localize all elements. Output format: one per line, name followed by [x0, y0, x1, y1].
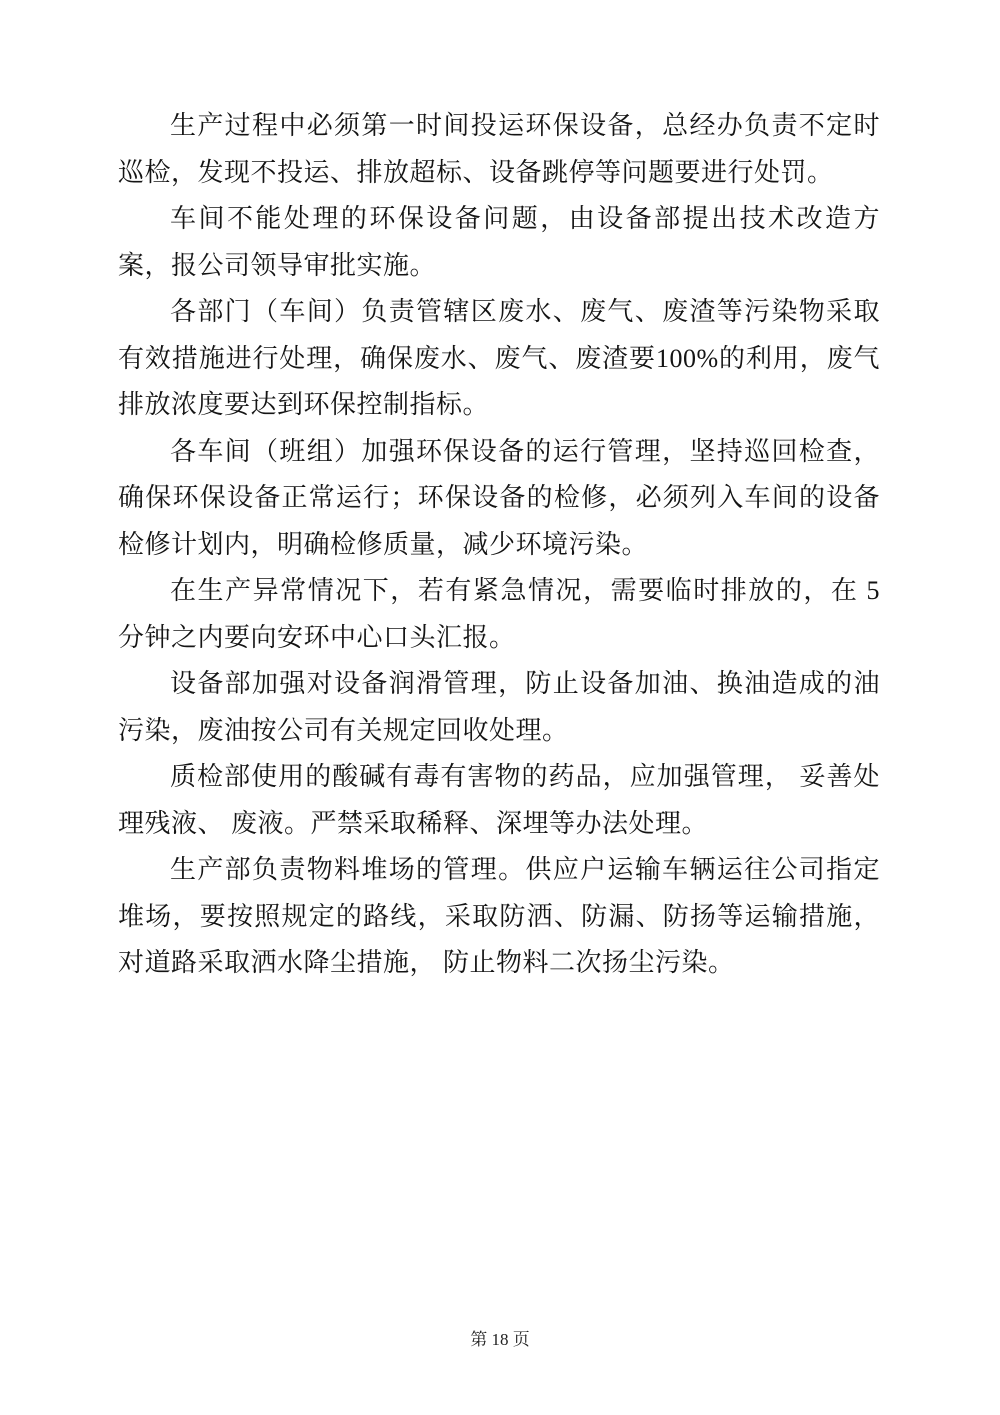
document-body: 生产过程中必须第一时间投运环保设备，总经办负责不定时巡检，发现不投运、排放超标、…	[118, 103, 880, 987]
paragraph: 在生产异常情况下，若有紧急情况，需要临时排放的，在 5 分钟之内要向安环中心口头…	[118, 568, 880, 661]
paragraph: 生产部负责物料堆场的管理。供应户运输车辆运往公司指定堆场，要按照规定的路线，采取…	[118, 847, 880, 987]
paragraph: 各车间（班组）加强环保设备的运行管理，坚持巡回检查，确保环保设备正常运行；环保设…	[118, 429, 880, 569]
page-number: 第 18 页	[0, 1328, 1000, 1352]
paragraph: 各部门（车间）负责管辖区废水、废气、废渣等污染物采取有效措施进行处理，确保废水、…	[118, 289, 880, 429]
document-page: 生产过程中必须第一时间投运环保设备，总经办负责不定时巡检，发现不投运、排放超标、…	[0, 0, 1000, 1415]
paragraph: 设备部加强对设备润滑管理，防止设备加油、换油造成的油污染，废油按公司有关规定回收…	[118, 661, 880, 754]
paragraph: 质检部使用的酸碱有毒有害物的药品，应加强管理， 妥善处理残液、 废液。严禁采取稀…	[118, 754, 880, 847]
paragraph: 生产过程中必须第一时间投运环保设备，总经办负责不定时巡检，发现不投运、排放超标、…	[118, 103, 880, 196]
paragraph: 车间不能处理的环保设备问题，由设备部提出技术改造方案，报公司领导审批实施。	[118, 196, 880, 289]
